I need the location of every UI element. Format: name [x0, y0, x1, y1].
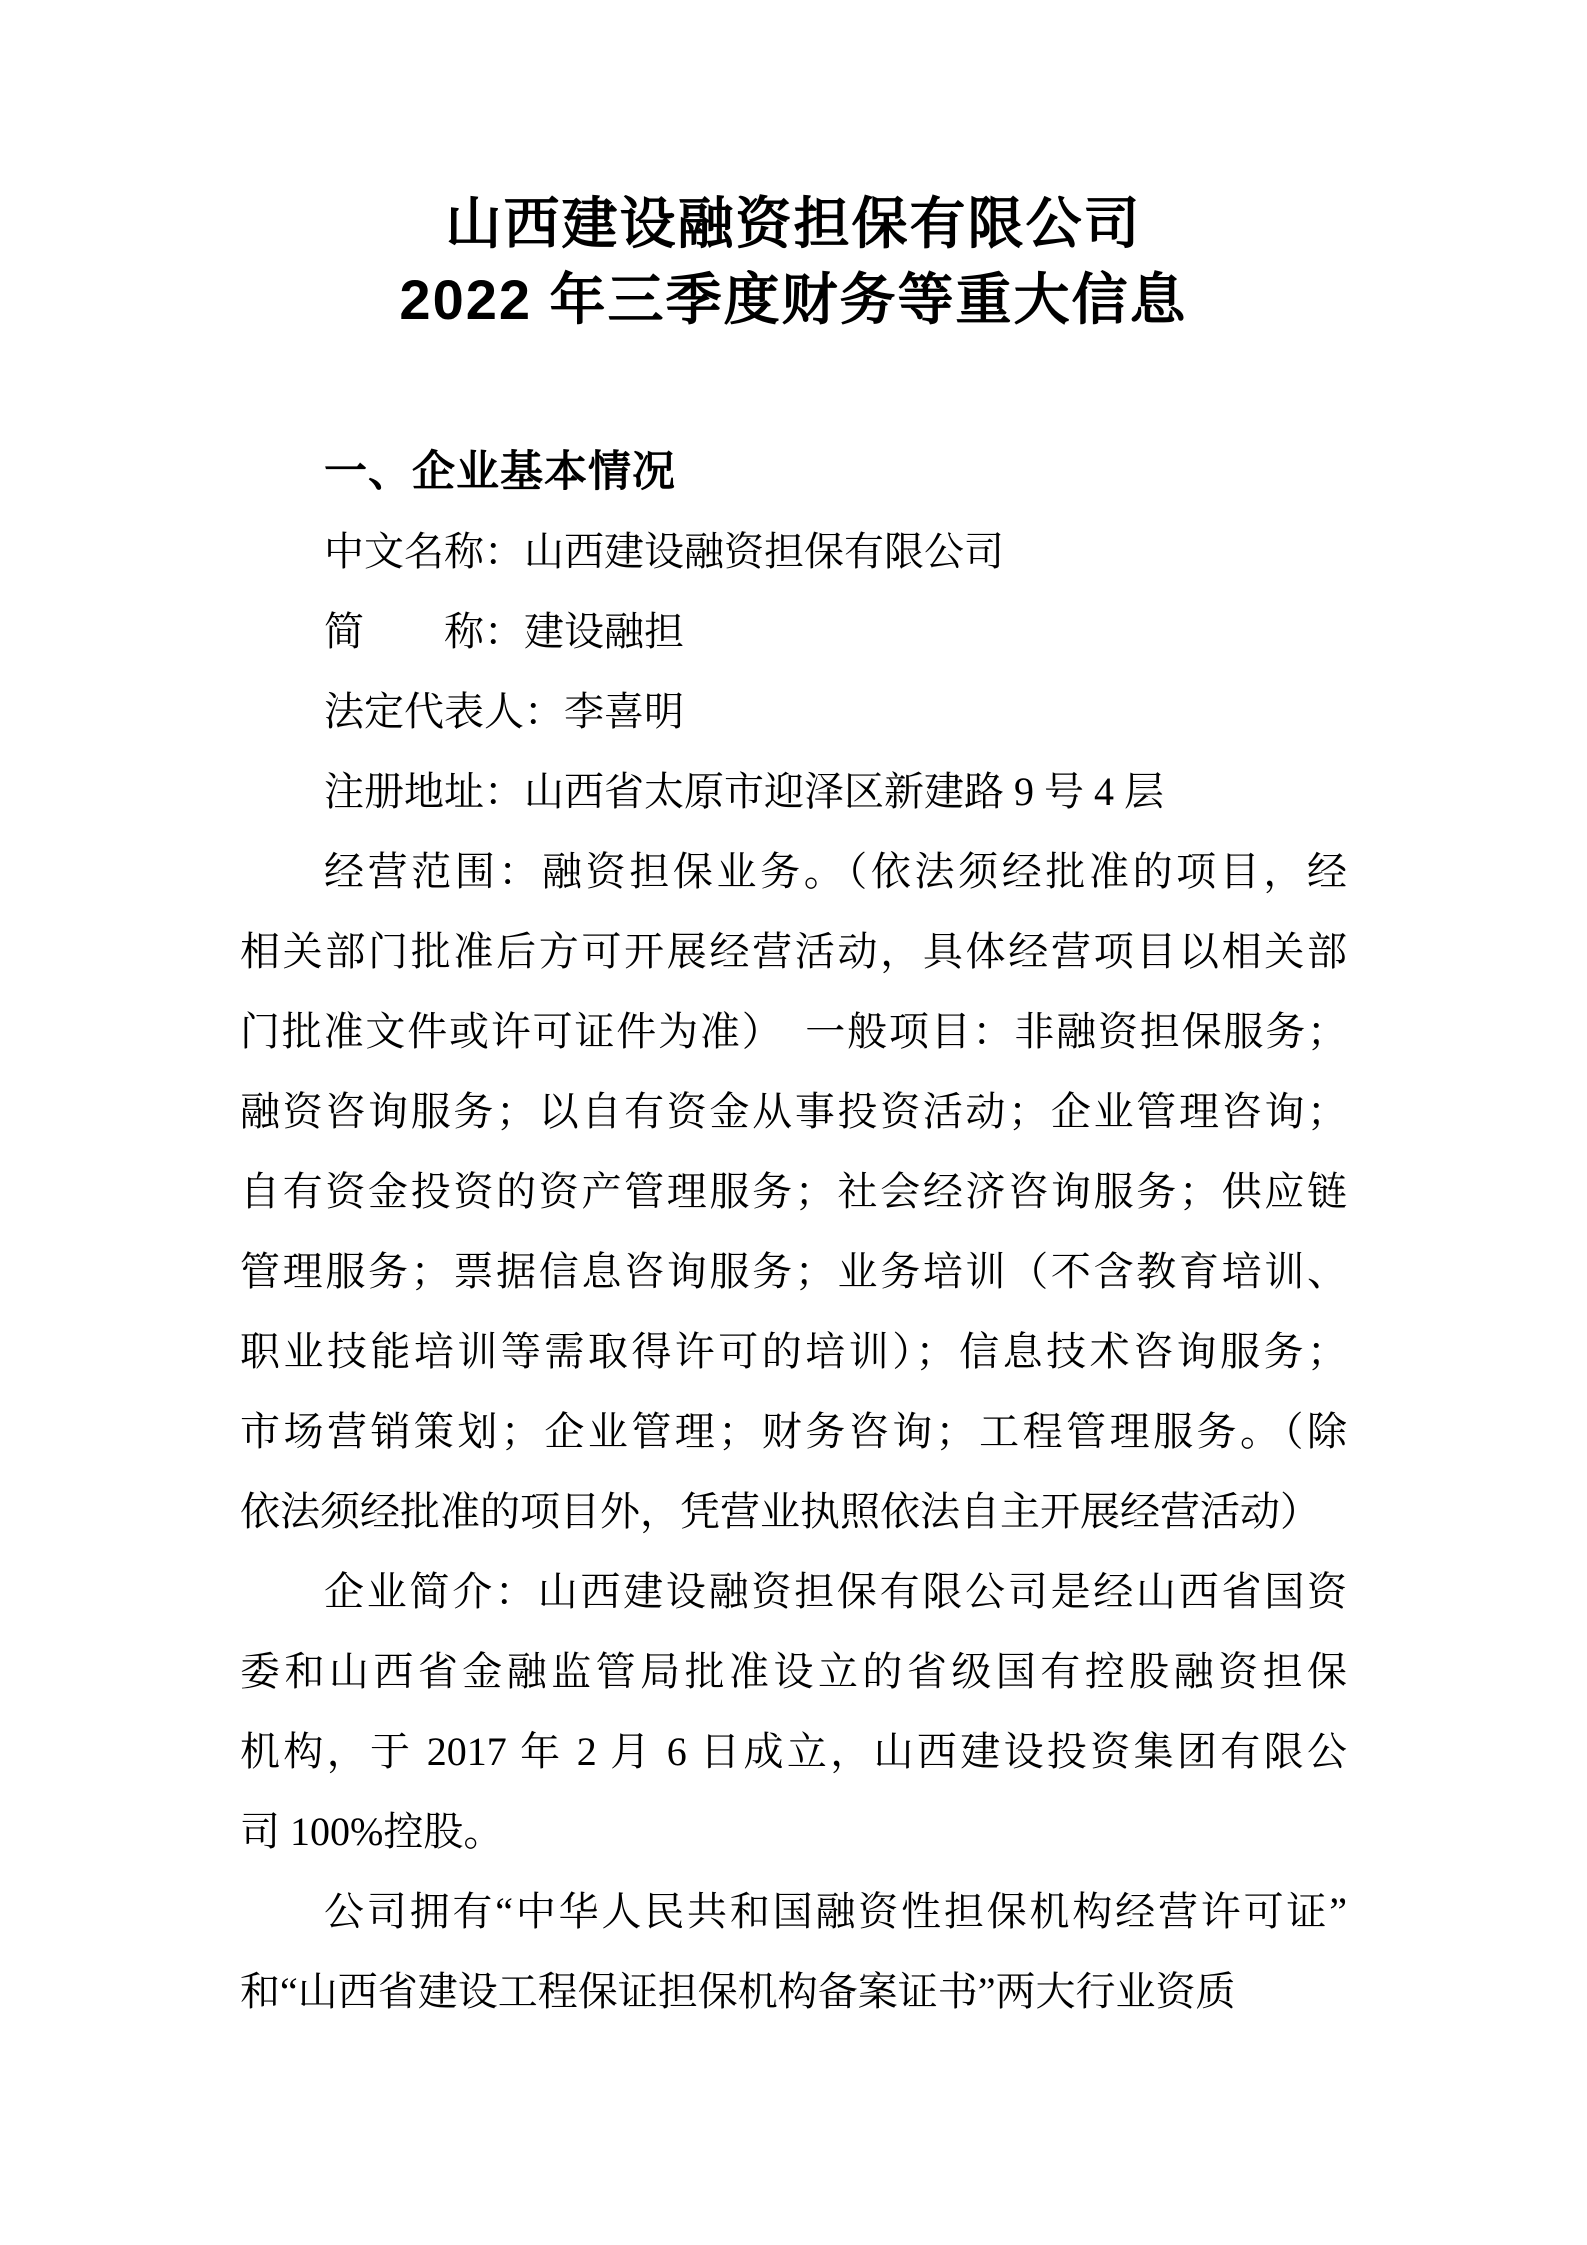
- paragraph-registered-address: 注册地址：山西省太原市迎泽区新建路 9 号 4 层: [240, 752, 1347, 832]
- text-line: 相关部门批准后方可开展经营活动，具体经营项目以相关部: [240, 912, 1347, 992]
- section-heading: 一、企业基本情况: [240, 432, 1347, 512]
- document-title: 山西建设融资担保有限公司 2022 年三季度财务等重大信息: [0, 0, 1587, 338]
- text-line: 自有资金投资的资产管理服务；社会经济咨询服务；供应链: [240, 1152, 1347, 1232]
- text-line: 市场营销策划；企业管理；财务咨询；工程管理服务。（除: [240, 1392, 1347, 1472]
- paragraph-company-profile: 企业简介：山西建设融资担保有限公司是经山西省国资委和山西省金融监管局批准设立的省…: [240, 1552, 1347, 1872]
- text-line: 经营范围：融资担保业务。（依法须经批准的项目，经: [240, 832, 1347, 912]
- text-line: 依法须经批准的项目外，凭营业执照依法自主开展经营活动）: [240, 1472, 1347, 1552]
- text-line: 简 称：建设融担: [240, 592, 1347, 672]
- text-line: 管理服务；票据信息咨询服务；业务培训（不含教育培训、: [240, 1232, 1347, 1312]
- paragraph-chinese-name: 中文名称：山西建设融资担保有限公司: [240, 512, 1347, 592]
- text-line: 职业技能培训等需取得许可的培训）；信息技术咨询服务；: [240, 1312, 1347, 1392]
- text-line: 司 100%控股。: [240, 1792, 1347, 1872]
- paragraph-qualifications: 公司拥有“中华人民共和国融资性担保机构经营许可证”和“山西省建设工程保证担保机构…: [240, 1872, 1347, 2032]
- text-line: 机构，于 2017 年 2 月 6 日成立，山西建设投资集团有限公: [240, 1712, 1347, 1792]
- text-line: 注册地址：山西省太原市迎泽区新建路 9 号 4 层: [240, 752, 1347, 832]
- text-line: 融资咨询服务；以自有资金从事投资活动；企业管理咨询；: [240, 1072, 1347, 1152]
- document-title-line-2: 2022 年三季度财务等重大信息: [0, 262, 1587, 338]
- paragraph-short-name: 简 称：建设融担: [240, 592, 1347, 672]
- paragraph-legal-representative: 法定代表人：李喜明: [240, 672, 1347, 752]
- paragraph-business-scope: 经营范围：融资担保业务。（依法须经批准的项目，经相关部门批准后方可开展经营活动，…: [240, 832, 1347, 1552]
- text-line: 法定代表人：李喜明: [240, 672, 1347, 752]
- text-line: 公司拥有“中华人民共和国融资性担保机构经营许可证”: [240, 1872, 1347, 1952]
- document-title-line-1: 山西建设融资担保有限公司: [0, 186, 1587, 262]
- document-page: 山西建设融资担保有限公司 2022 年三季度财务等重大信息 一、企业基本情况 中…: [0, 0, 1587, 2245]
- text-line: 中文名称：山西建设融资担保有限公司: [240, 512, 1347, 592]
- paragraphs-container: 中文名称：山西建设融资担保有限公司简 称：建设融担法定代表人：李喜明注册地址：山…: [240, 512, 1347, 2032]
- document-content: 一、企业基本情况 中文名称：山西建设融资担保有限公司简 称：建设融担法定代表人：…: [0, 432, 1587, 2032]
- text-line: 委和山西省金融监管局批准设立的省级国有控股融资担保: [240, 1632, 1347, 1712]
- text-line: 和“山西省建设工程保证担保机构备案证书”两大行业资质: [240, 1952, 1347, 2032]
- text-line: 门批准文件或许可证件为准） 一般项目：非融资担保服务；: [240, 992, 1347, 1072]
- text-line: 企业简介：山西建设融资担保有限公司是经山西省国资: [240, 1552, 1347, 1632]
